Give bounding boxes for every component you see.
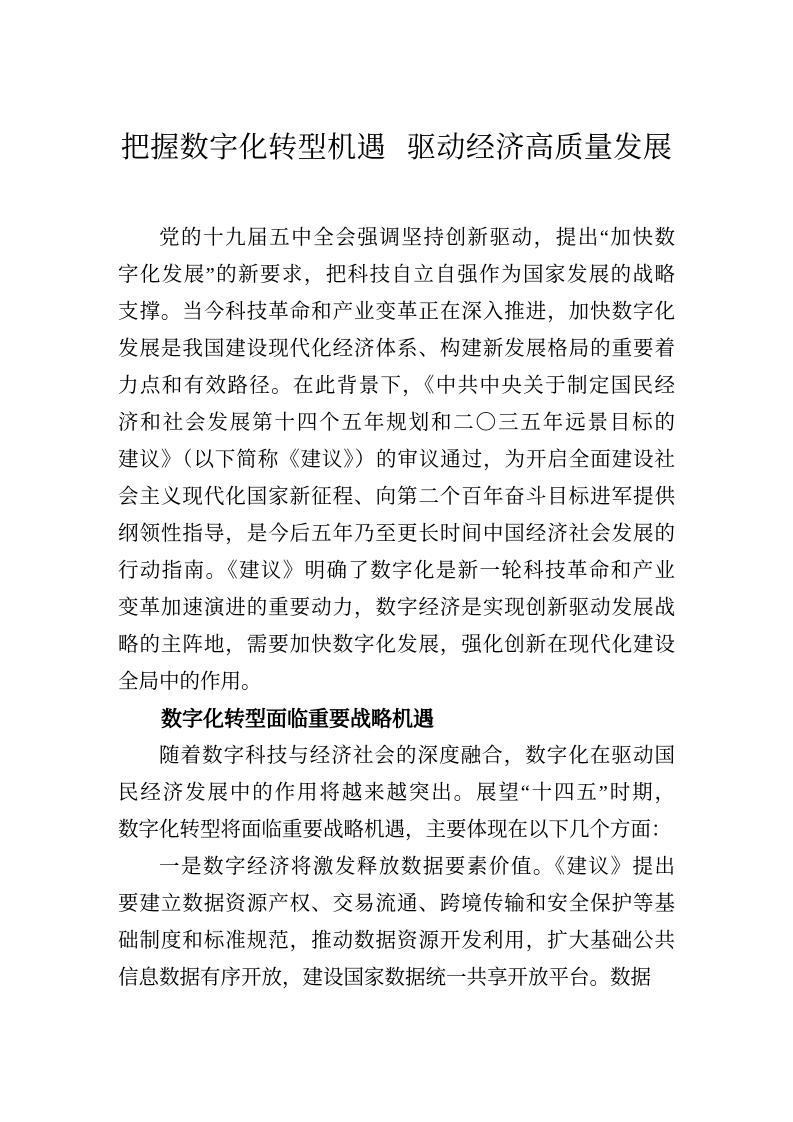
- document-body: 党的十九届五中全会强调坚持创新驱动，提出“加快数字化发展”的新要求，把科技自立自…: [118, 220, 675, 997]
- paragraph-line: 支撑。当今科技革命和产业变革正在深入推进，加快数字化: [118, 294, 675, 331]
- paragraph-line: 会主义现代化国家新征程、向第二个百年奋斗目标进军提供: [118, 479, 675, 516]
- paragraph-line: 发展是我国建设现代化经济体系、构建新发展格局的重要着: [118, 331, 675, 368]
- paragraph-line: 民经济发展中的作用将越来越突出。展望“十四五”时期，: [118, 775, 675, 812]
- document-page: 把握数字化转型机遇 驱动经济高质量发展 党的十九届五中全会强调坚持创新驱动，提出…: [0, 0, 793, 1122]
- paragraph-line: 略的主阵地，需要加快数字化发展，强化创新在现代化建设: [118, 627, 675, 664]
- paragraph-line: 纲领性指导，是今后五年乃至更长时间中国经济社会发展的: [118, 516, 675, 553]
- paragraph-line: 建议》（以下简称《建议》）的审议通过，为开启全面建设社: [118, 442, 675, 479]
- paragraph-line: 字化发展”的新要求，把科技自立自强作为国家发展的战略: [118, 257, 675, 294]
- paragraph-line: 础制度和标准规范，推动数据资源开发利用，扩大基础公共: [118, 923, 675, 960]
- paragraph-line: 一是数字经济将激发释放数据要素价值。《建议》提出: [118, 849, 675, 886]
- paragraph-line: 全局中的作用。: [118, 664, 675, 701]
- paragraph-line: 随着数字科技与经济社会的深度融合，数字化在驱动国: [118, 738, 675, 775]
- paragraph-line: 信息数据有序开放，建设国家数据统一共享开放平台。数据: [118, 960, 675, 997]
- section-heading: 数字化转型面临重要战略机遇: [118, 701, 675, 738]
- paragraph-line: 变革加速演进的重要动力，数字经济是实现创新驱动发展战: [118, 590, 675, 627]
- paragraph-line: 党的十九届五中全会强调坚持创新驱动，提出“加快数: [118, 220, 675, 257]
- paragraph-line: 济和社会发展第十四个五年规划和二〇三五年远景目标的: [118, 405, 675, 442]
- document-title: 把握数字化转型机遇 驱动经济高质量发展: [118, 126, 675, 170]
- paragraph-line: 要建立数据资源产权、交易流通、跨境传输和安全保护等基: [118, 886, 675, 923]
- paragraph-line: 行动指南。《建议》明确了数字化是新一轮科技革命和产业: [118, 553, 675, 590]
- paragraph-line: 数字化转型将面临重要战略机遇，主要体现在以下几个方面：: [118, 812, 675, 849]
- paragraph-line: 力点和有效路径。在此背景下，《中共中央关于制定国民经: [118, 368, 675, 405]
